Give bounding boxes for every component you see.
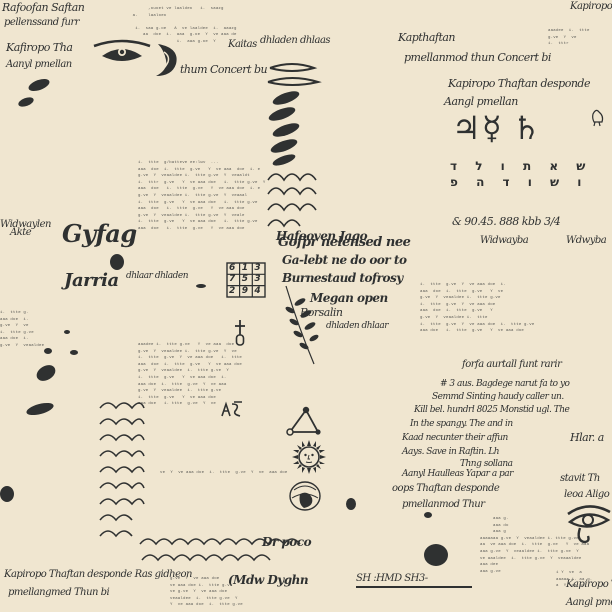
handwritten-text: thum Concert bu bbox=[180, 64, 267, 75]
handwritten-text: Kapiropo the bbox=[570, 2, 612, 12]
handwritten-text: Aanyl pmellan bbox=[6, 60, 72, 70]
handwritten-text: SH :HMD SH3- bbox=[356, 574, 428, 584]
handwritten-text: Kapthaftan bbox=[398, 32, 455, 43]
handwritten-text: Aanyl Haulleas Yapar a par bbox=[402, 470, 513, 479]
handwritten-text: Widwayba bbox=[480, 236, 528, 246]
ink-blot bbox=[346, 498, 356, 510]
ink-blot bbox=[27, 77, 51, 94]
saturn-icon: ♄ bbox=[512, 112, 541, 144]
handwritten-text: Kafiropo Tha bbox=[6, 42, 72, 53]
alchemy-glyph-icon bbox=[220, 400, 244, 423]
handwritten-text: Semmd Sinting haudy caller un. bbox=[432, 393, 564, 402]
magic-square-cell: 1 bbox=[242, 264, 248, 273]
ink-blot bbox=[64, 330, 70, 334]
handwritten-text: Ga-lebt ne do oor to bbox=[282, 254, 406, 266]
cross-symbol-icon bbox=[234, 320, 246, 351]
handwritten-text: & 90.45. 888 kbb 3/4 bbox=[452, 216, 560, 227]
leaf-branch-icon bbox=[284, 286, 320, 371]
ink-blot bbox=[25, 401, 55, 418]
magic-square-cell: 3 bbox=[254, 275, 260, 284]
typed-text-block: i. ttte g. aaa doe i. g.ve Y ve i. ttte … bbox=[0, 310, 44, 350]
magic-square: 613753294 bbox=[226, 262, 266, 303]
ink-blot bbox=[70, 350, 78, 355]
ink-blot bbox=[424, 512, 432, 518]
typed-text-block: aaadee i. ttte g.ve Y ve i. tttr bbox=[548, 28, 590, 48]
magic-square-cell: 4 bbox=[254, 287, 260, 296]
scribble-strip-bottom bbox=[140, 530, 320, 575]
typed-text-block: g.ve Y ve aaa doe ve aaa doe i. ttte g.v… bbox=[170, 576, 243, 609]
handwritten-text: Gyfag bbox=[62, 222, 137, 246]
handwritten-text: dhladen dhlaas bbox=[260, 36, 330, 46]
handwritten-text: Thng sollana bbox=[460, 460, 513, 469]
ink-blot bbox=[0, 486, 14, 502]
typed-text-block: i. ttte g/batteve ee:lwv ... aaa doe i. … bbox=[138, 160, 265, 233]
bird-hieroglyph-icon bbox=[590, 108, 606, 131]
jupiter-icon: ♃ bbox=[452, 112, 481, 144]
magic-square-cell: 7 bbox=[229, 275, 235, 284]
handwritten-text: Burnestaud tofrosy bbox=[282, 272, 403, 284]
ink-blot bbox=[17, 96, 35, 109]
magic-square-cell: 2 bbox=[229, 287, 235, 296]
handwritten-text: Gofpr nelensed nee bbox=[278, 236, 410, 249]
magic-square-cell: 5 bbox=[242, 275, 248, 284]
scribble-column-center bbox=[262, 60, 322, 235]
magic-square-cell: 3 bbox=[254, 264, 260, 273]
ink-blot bbox=[34, 362, 58, 384]
handwritten-text: Megan open bbox=[310, 292, 388, 304]
handwritten-text: stavit Th bbox=[560, 474, 600, 484]
typed-text-block: i. ttte g.ve Y ve aaa doe i. aaa doe i. … bbox=[420, 282, 534, 335]
handwritten-text: forfa aurtall funt rarir bbox=[462, 360, 561, 370]
triangle-symbol-icon bbox=[286, 406, 322, 443]
sun-face-icon bbox=[292, 440, 326, 479]
underline-stroke bbox=[356, 586, 472, 588]
magic-square-cell: 9 bbox=[242, 287, 248, 296]
ink-globe-icon bbox=[288, 480, 322, 517]
typed-text-block: i Y ve a aaaaa i. aa g. a Y ve aa bbox=[556, 570, 592, 590]
eye-of-horus-icon bbox=[566, 500, 612, 549]
eye-icon bbox=[92, 38, 152, 71]
handwritten-text: Kaad necunter their affun bbox=[402, 434, 508, 443]
handwritten-text: Rafoofan Saftan bbox=[2, 2, 84, 13]
handwritten-text: pmellangmed Thun bi bbox=[8, 588, 109, 598]
mercury-icon: ☿ bbox=[482, 112, 502, 144]
handwritten-text: pmellanmod thun Concert bi bbox=[404, 52, 551, 63]
magic-square-cell: 6 bbox=[229, 264, 235, 273]
handwritten-text: Aangl pme bbox=[566, 598, 612, 608]
ink-blot bbox=[110, 254, 124, 270]
typed-text-block: ve Y ve aaa doe i. ttte g.ve Y ve aaa do… bbox=[160, 470, 287, 477]
handwritten-text: dhladen dhlaar bbox=[326, 322, 388, 331]
handwritten-text: oops Thaftan desponde bbox=[392, 484, 499, 494]
ink-blot bbox=[44, 348, 52, 354]
handwritten-text: Widwaylen bbox=[0, 220, 51, 230]
handwritten-text: Jarria bbox=[64, 272, 119, 290]
handwritten-text: Kapiropo Thaftan desponde bbox=[448, 78, 590, 89]
handwritten-text: pellenssand furr bbox=[4, 18, 79, 28]
handwritten-text: Wdwyba bbox=[566, 236, 606, 246]
moon-face-icon bbox=[152, 42, 180, 83]
scribble-column-lower bbox=[96, 400, 146, 555]
handwritten-text: Hlar. a bbox=[570, 432, 604, 443]
manuscript-pattern: Rafoofan Saftanpellenssand furrKafiropo … bbox=[0, 0, 612, 612]
handwritten-text: dhlaar dhladen bbox=[126, 272, 188, 281]
handwritten-text: # 3 aus. Bagdege narut fa to yo bbox=[440, 380, 569, 389]
handwritten-text: Aangl pmellan bbox=[444, 96, 518, 107]
typed-text-block: aaadee i. ttte g.ve Y ve aaa doe g.ve Y … bbox=[138, 342, 242, 408]
ink-blot bbox=[196, 284, 206, 288]
handwritten-text: Kill bel. hundrl 8025 Monstid ugl. The bbox=[414, 406, 569, 415]
handwritten-text: Aays. Save in Raftin. Lh bbox=[402, 448, 499, 457]
handwritten-text: In the spangy. The and in bbox=[410, 420, 513, 429]
hebrew-text-row-1: ש א ת ו ל ד bbox=[450, 160, 592, 172]
handwritten-text: pmellanmod Thur bbox=[402, 500, 485, 510]
ink-blot bbox=[424, 544, 448, 566]
hebrew-text-row-2: ו ש ו ד ה פ bbox=[450, 176, 588, 188]
handwritten-text: leoa Aligo bbox=[564, 490, 609, 500]
